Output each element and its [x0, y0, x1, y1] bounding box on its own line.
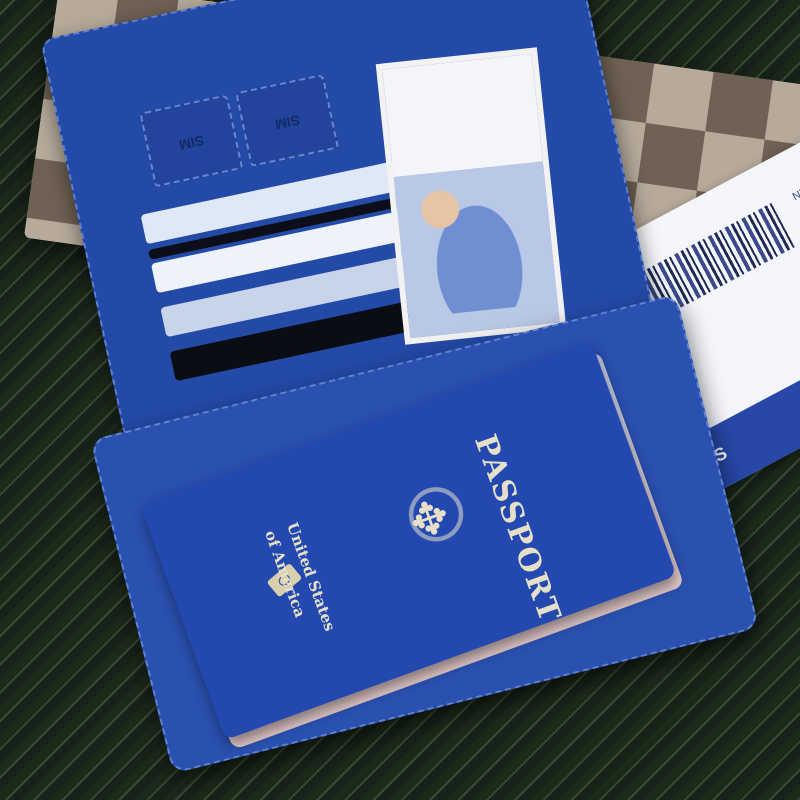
boarding-pass-field: NY	[791, 185, 800, 203]
sim-slot-label: SIM	[148, 126, 235, 160]
product-photo: NY 11NOV 98 NES SIM SIM RFID ✥ PASSPORT …	[0, 0, 800, 800]
child-photo	[376, 47, 567, 344]
child-figure	[404, 166, 528, 317]
sim-slot: SIM	[139, 94, 243, 187]
sim-slot-label: SIM	[244, 106, 331, 140]
sim-slot: SIM	[235, 74, 339, 167]
